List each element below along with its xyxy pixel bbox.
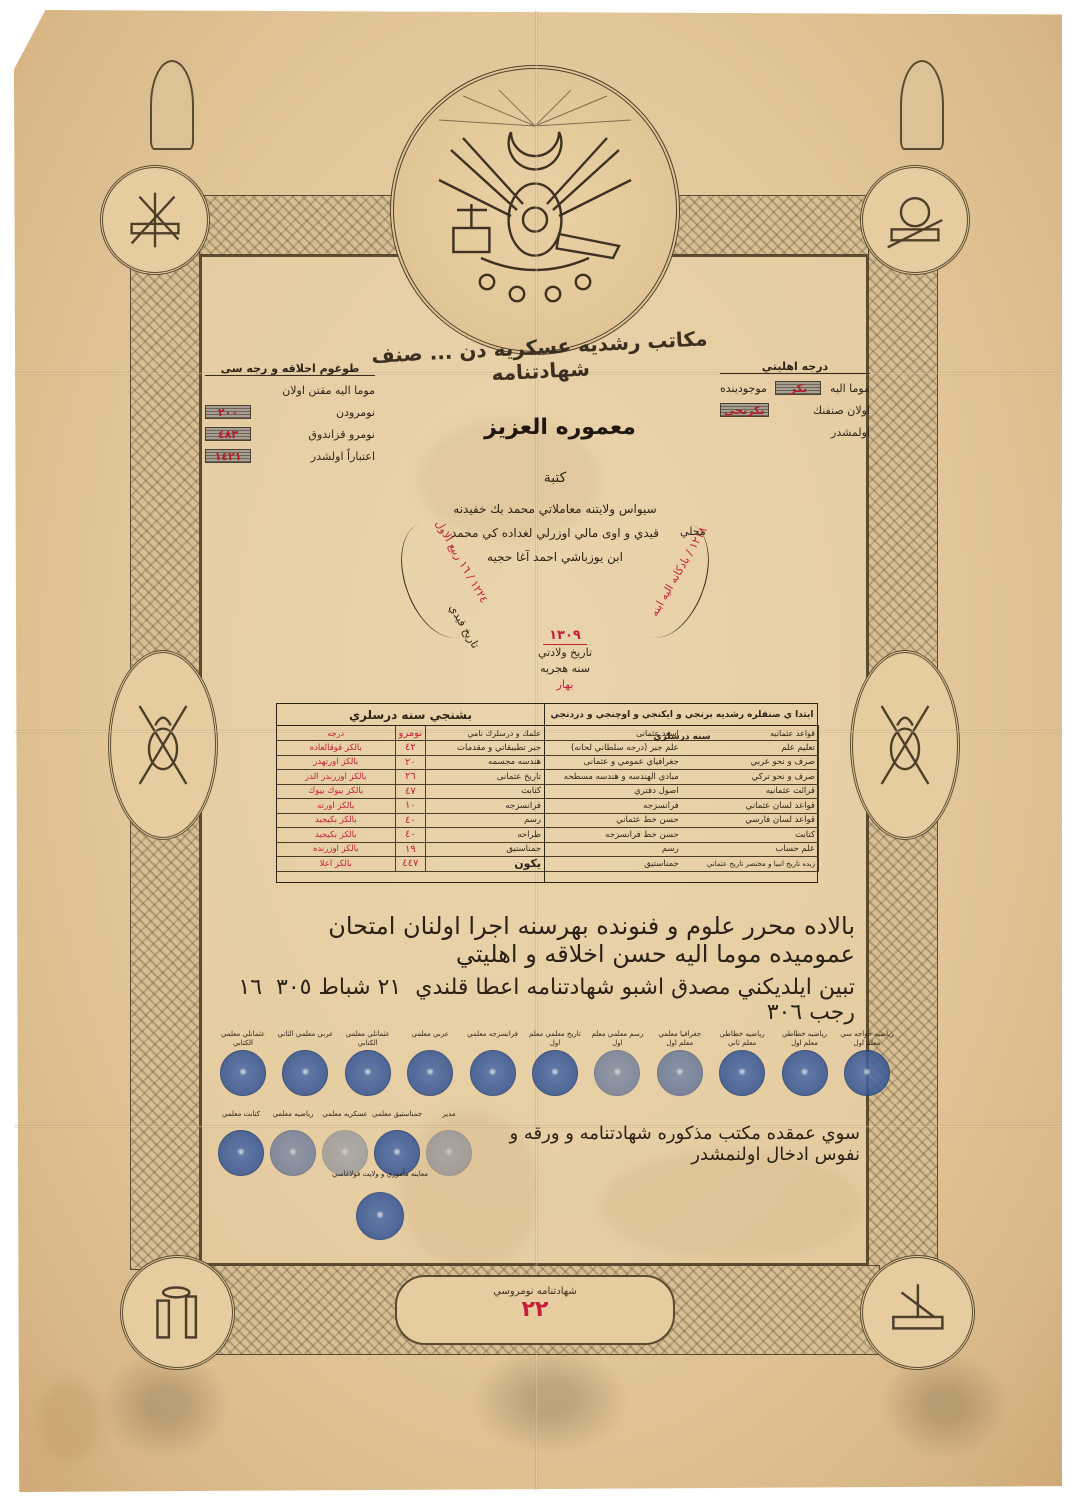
seal-stamp-icon: ✺: [657, 1050, 703, 1096]
table-row: رسم٤٠بالكز بكيجيد: [277, 813, 544, 828]
teacher-seals-row-1: رياضيه خواجه سي معلم اول✺ رياضيه خطاطي م…: [215, 1030, 895, 1096]
fifth-year-title: بشنجي سنه درسلري: [277, 704, 544, 726]
certificate-number: ٢٢: [397, 1297, 673, 1323]
table-row: قواعد لسان عثمانيفرانسزجه: [545, 799, 819, 814]
lab-instruments-medallion-icon: [120, 1255, 235, 1370]
table-row: فرانسزجه١٠بالكز اورته: [277, 799, 544, 814]
conduct-row: نومرو قزاندوق٤٨٣: [205, 423, 375, 445]
trophy-of-arms-left-icon: [108, 650, 218, 840]
body-text-line-2: تبين ايلديكني مصدق اشبو شهادتنامه اعطا ق…: [235, 975, 855, 1025]
seal-stamp-icon: ✺: [470, 1050, 516, 1096]
red-value-box: ١٤٢١: [205, 449, 251, 463]
seal-stamp-icon: ✺: [282, 1050, 328, 1096]
student-heading: كتبة: [430, 470, 680, 486]
signature: جمناستيق معلمي✺: [371, 1110, 423, 1176]
seal-stamp-icon: ✺: [426, 1130, 472, 1176]
seal-stamp-icon: ✺: [220, 1050, 266, 1096]
stain: [40, 1380, 100, 1460]
seal-stamp-icon: ✺: [719, 1050, 765, 1096]
seal-stamp-icon: ✺: [218, 1130, 264, 1176]
table-row: كتابتحسن خط فرانسزجه: [545, 828, 819, 843]
earlier-years-courses: ابتدا ي صنفلره رشديه برنجي و ايكنجي و او…: [545, 704, 819, 882]
birth-year: ١٣٠٩: [543, 628, 587, 645]
signature: عسكريه معلمي✺: [319, 1110, 371, 1176]
origin-label: محلي: [680, 525, 706, 538]
aptitude-row: اولمشدر: [720, 421, 870, 443]
body-text-line-1: بالاده محرر علوم و فنونده بهرسنه اجرا او…: [235, 912, 855, 968]
certificate-number-label: شهادتنامه نومروسي: [397, 1286, 673, 1297]
signature: رياضيه خطاطي معلم ثاني✺: [714, 1030, 770, 1096]
drafting-tools-medallion-icon: [860, 1255, 975, 1370]
signature: كتابت معلمي✺: [215, 1110, 267, 1176]
signature: فرانسزجه معلمي✺: [465, 1030, 521, 1096]
fifth-year-courses: بشنجي سنه درسلري علمك و درسلرك نامينومرو…: [277, 704, 545, 882]
red-value-box: ٢٠٠: [205, 405, 251, 419]
student-line-2: قيدي و اوی مالي اوزرلي لغداده كي محمد: [430, 526, 680, 540]
table-row: جبر تطبيقاتي و مقدمات٤٢بالكز فوقالعاده: [277, 741, 544, 756]
table-row: كتابت٤٧بالكز بيوك بيوك: [277, 784, 544, 799]
student-line-1: سيواس ولايتنه معاملاتي محمد بك خفيدنه: [430, 502, 680, 516]
finial-top-right: [900, 60, 944, 150]
city-title: معموره‌ العزيز: [480, 415, 640, 440]
table-row: زبده تاريخ انبيا و مختصر تاريخ عثمانيجمن…: [545, 857, 819, 872]
aptitude-row: موما اليهبكرموجودينده: [720, 377, 870, 399]
teacher-seals-row-2: كتابت معلمي✺ رياضيه معلمي✺ عسكريه معلمي✺…: [215, 1110, 475, 1176]
director-signature: معاينه مأموري و ولايت فولاغاسي ✺: [330, 1170, 430, 1240]
signature: عثمانلي معلمي الكتابي✺: [340, 1030, 396, 1096]
signature: عثمانلي معلمي الكتابي✺: [215, 1030, 271, 1096]
signature: رسم معلمي معلم اول✺: [589, 1030, 645, 1096]
signature: عربي معلمي✺: [402, 1030, 458, 1096]
table-row: قرائت عثمانيهاصول دفتري: [545, 784, 819, 799]
seal-stamp-icon: ✺: [270, 1130, 316, 1176]
globe-books-medallion-icon: [860, 165, 970, 275]
conduct-info-block: طوغوم احلاقه و رجه سی موما اليه مقتن اول…: [205, 362, 375, 467]
table-row: تاريخ عثمانى٢٦بالكز اوزرندر الدر: [277, 770, 544, 785]
signature: رياضيه خواجه سي معلم اول✺: [839, 1030, 895, 1096]
table-row: هندسه مجسمه٢٠بالكز اورتهدر: [277, 755, 544, 770]
table-row: طراحه٤٠بالكز بكيجيد: [277, 828, 544, 843]
conduct-row: موما اليه مقتن اولان: [205, 379, 375, 401]
signature: مدير✺: [423, 1110, 475, 1176]
aptitude-info-block: درجه اهليتي موما اليهبكرموجودينده اولان …: [720, 360, 870, 443]
conduct-row: نومرودن٢٠٠: [205, 401, 375, 423]
pendant-bottom-center: [470, 1345, 630, 1455]
red-value-box: بكر: [775, 381, 821, 395]
earlier-years-title: ابتدا ي صنفلره رشديه برنجي و ايكنجي و او…: [545, 704, 819, 726]
seal-stamp-icon: ✺: [782, 1050, 828, 1096]
conduct-info-title: طوغوم احلاقه و رجه سی: [205, 362, 375, 376]
red-value-box: بكرنجي: [720, 403, 769, 417]
signature: جغرافيا معلمي معلم اول✺: [652, 1030, 708, 1096]
seal-stamp-icon: ✺: [532, 1050, 578, 1096]
signature: رياضيه معلمي✺: [267, 1110, 319, 1176]
tools-medallion-icon: [100, 165, 210, 275]
conduct-row: اعتباراً اولشدر١٤٢١: [205, 445, 375, 467]
table-row: علم حسابرسم: [545, 842, 819, 857]
birth-info: ١٣٠٩ تاريخ ولادتي سنه هجريه بهار: [510, 628, 620, 693]
aptitude-row: اولان صنفنكبكرنجي: [720, 399, 870, 421]
aptitude-info-title: درجه اهليتي: [720, 360, 870, 374]
table-row: قواعد لسان فارسيحسن خط عثماني: [545, 813, 819, 828]
date-gregorian: ٢١ شباط ٣٠٥: [276, 975, 401, 1000]
table-row-total: يكون٤٤٧بالكز اعلا: [277, 857, 544, 872]
seal-stamp-icon: ✺: [594, 1050, 640, 1096]
trophy-of-arms-right-icon: [850, 650, 960, 840]
finial-top-left: [150, 60, 194, 150]
red-value-box: ٤٨٣: [205, 427, 251, 441]
seal-stamp-icon: ✺: [407, 1050, 453, 1096]
seal-stamp-icon: ✺: [356, 1192, 404, 1240]
seal-stamp-icon: ✺: [844, 1050, 890, 1096]
closing-note: سوي عمقده مكتب مذكوره شهادتنامه و ورقه و…: [480, 1123, 860, 1165]
grades-table: بشنجي سنه درسلري علمك و درسلرك نامينومرو…: [276, 703, 818, 883]
table-row: صرف و نحو عربيجغرافياي عمومي و عثمانى: [545, 755, 819, 770]
table-row: صرف و نحو تركيمبادي الهندسه و هندسه مسطح…: [545, 770, 819, 785]
signature: رياضيه خطاطي معلم اول✺: [777, 1030, 833, 1096]
table-row: جمناستيق١٩بالكز اوزرنده: [277, 842, 544, 857]
signature: عربي معلمي الثاني✺: [277, 1030, 333, 1096]
certificate-number-cartouche: شهادتنامه نومروسي ٢٢: [395, 1275, 675, 1345]
signature: تاريخ معلمي معلم اول✺: [527, 1030, 583, 1096]
seal-stamp-icon: ✺: [345, 1050, 391, 1096]
